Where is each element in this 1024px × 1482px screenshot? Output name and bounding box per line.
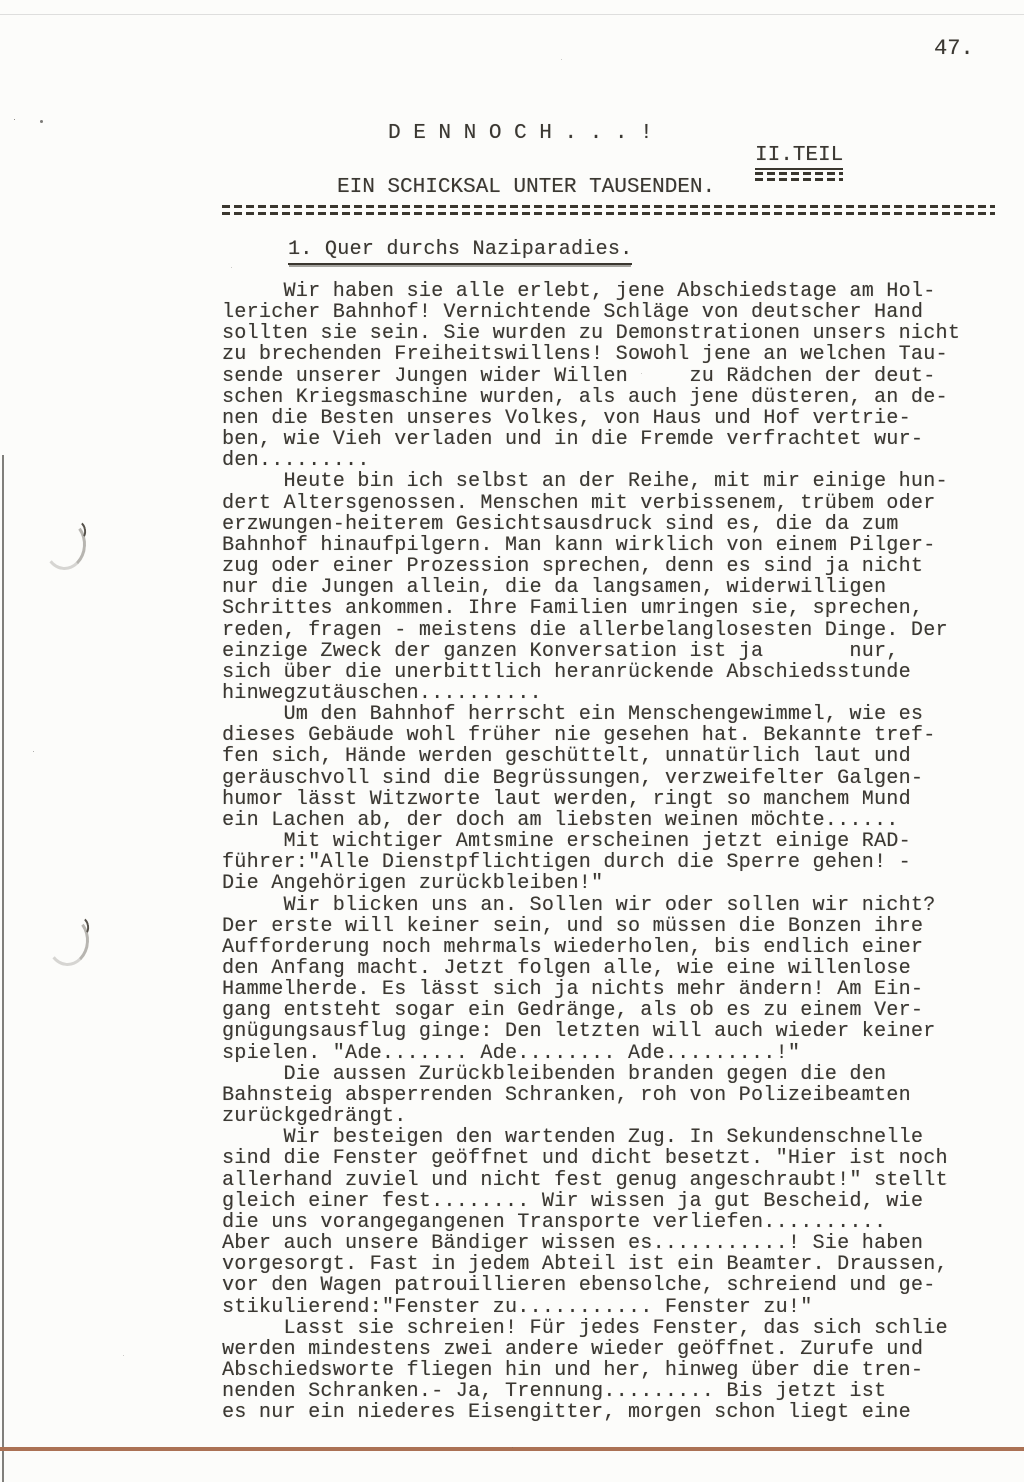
text-line: vor den Wagen patrouillieren ebensolche,… (222, 1275, 1012, 1296)
text-line: Bahnhof hinaufpilgern. Man kann wirklich… (222, 535, 1012, 556)
bottom-scan-line (0, 1447, 1024, 1451)
text-line: es nur ein niederes Eisengitter, morgen … (222, 1402, 1012, 1423)
text-line: Aber auch unsere Bändiger wissen es.....… (222, 1233, 1012, 1254)
text-line: stikulierend:"Fenster zu........... Fens… (222, 1297, 1012, 1318)
text-line: reden, fragen - meistens die allerbelang… (222, 620, 1012, 641)
body-text: Wir haben sie alle erlebt, jene Abschied… (222, 281, 1012, 1423)
text-line: Heute bin ich selbst an der Reihe, mit m… (222, 471, 1012, 492)
text-line: lericher Bahnhof! Vernichtende Schläge v… (222, 302, 1012, 323)
text-line: zurückgedrängt. (222, 1106, 1012, 1127)
text-line: die uns vorangegangenen Transporte verli… (222, 1212, 1012, 1233)
text-line: Wir haben sie alle erlebt, jene Abschied… (222, 281, 1012, 302)
text-line: erzwungen-heiterem Gesichtsausdruck sind… (222, 514, 1012, 535)
text-line: schen Kriegsmaschine wurden, als auch je… (222, 387, 1012, 408)
document-subtitle: EIN SCHICKSAL UNTER TAUSENDEN. (337, 176, 715, 199)
text-line: dert Altersgenossen. Menschen mit verbis… (222, 493, 1012, 514)
part-label: II.TEIL (755, 144, 843, 170)
text-line: den......... (222, 450, 1012, 471)
text-line: geräuschvoll sind die Begrüssungen, verz… (222, 768, 1012, 789)
text-line: gleich einer fest........ Wir wissen ja … (222, 1191, 1012, 1212)
text-line: vorgesorgt. Fast in jedem Abteil ist ein… (222, 1254, 1012, 1275)
text-line: werden mindestens zwei andere wieder geö… (222, 1339, 1012, 1360)
text-line: ben, wie Vieh verladen und in die Fremde… (222, 429, 1012, 450)
text-line: dieses Gebäude wohl früher nie gesehen h… (222, 725, 1012, 746)
double-dash-rule (222, 205, 995, 215)
text-line: Mit wichtiger Amtsmine erscheinen jetzt … (222, 831, 1012, 852)
text-line: humor lässt Witzworte laut werden, ringt… (222, 789, 1012, 810)
dash-rule-row-1 (222, 205, 995, 208)
document-title: D E N N O C H . . . ! (388, 122, 653, 145)
text-line: einzige Zweck der ganzen Konversation is… (222, 641, 1012, 662)
text-line: Die aussen Zurückbleibenden branden gege… (222, 1064, 1012, 1085)
text-line: Abschiedsworte fliegen hin und her, hinw… (222, 1360, 1012, 1381)
hole-punch-mark-2 (45, 915, 90, 968)
text-line: führer:"Alle Dienstpflichtigen durch die… (222, 852, 1012, 873)
text-line: fen sich, Hände werden geschüttelt, unna… (222, 746, 1012, 767)
text-line: allerhand zuviel und nicht fest genug an… (222, 1170, 1012, 1191)
text-line: zu brechenden Freiheitswillens! Sowohl j… (222, 344, 1012, 365)
text-line: Die Angehörigen zurückbleiben!" (222, 873, 1012, 894)
text-line: Wir blicken uns an. Sollen wir oder soll… (222, 895, 1012, 916)
dash-rule-row-2 (222, 212, 995, 215)
text-line: sind die Fenster geöffnet und dicht bese… (222, 1148, 1012, 1169)
hole-punch-mark-1-tick (71, 520, 88, 541)
hole-punch-mark-1 (42, 519, 87, 572)
text-line: zug oder einer Prozession sprechen, denn… (222, 556, 1012, 577)
text-line: den Anfang macht. Jetzt folgen alle, wie… (222, 958, 1012, 979)
text-line: sich über die unerbittlich heranrückende… (222, 662, 1012, 683)
text-line: nur die Jungen allein, die da langsamen,… (222, 577, 1012, 598)
part-label-underline-dashes-2 (755, 178, 843, 181)
scan-noise-specks (40, 120, 43, 123)
page-number: 47. (934, 36, 974, 61)
text-line: gnügungsausflug ginge: Den letzten will … (222, 1021, 1012, 1042)
text-line: nenden Schranken.- Ja, Trennung.........… (222, 1381, 1012, 1402)
text-line: Der erste will keiner sein, und so müsse… (222, 916, 1012, 937)
top-scan-line (0, 14, 1024, 15)
text-line: Bahnsteig absperrenden Schranken, roh vo… (222, 1085, 1012, 1106)
text-line: sollten sie sein. Sie wurden zu Demonstr… (222, 323, 1012, 344)
text-line: hinwegzutäuschen.......... (222, 683, 1012, 704)
part-label-underline-dashes (755, 172, 843, 175)
text-line: spielen. "Ade....... Ade........ Ade....… (222, 1043, 1012, 1064)
part-label-block: II.TEIL (755, 144, 843, 181)
section-heading: 1. Quer durchs Naziparadies. (288, 238, 632, 265)
text-line: Aufforderung noch mehrmals wiederholen, … (222, 937, 1012, 958)
left-scan-edge-line (2, 455, 4, 1482)
text-line: gang entsteht sogar ein Gedränge, als ob… (222, 1000, 1012, 1021)
text-line: Schrittes ankommen. Ihre Familien umring… (222, 598, 1012, 619)
scanned-document-page: 47. D E N N O C H . . . ! II.TEIL EIN SC… (0, 0, 1024, 1482)
text-line: sende unserer Jungen wider Willen zu Räd… (222, 366, 1012, 387)
text-line: ein Lachen ab, der doch am liebsten wein… (222, 810, 1012, 831)
text-line: Um den Bahnhof herrscht ein Menschengewi… (222, 704, 1012, 725)
text-line: Wir besteigen den wartenden Zug. In Seku… (222, 1127, 1012, 1148)
hole-punch-mark-2-tick (74, 916, 91, 937)
text-line: Hammelherde. Es lässt sich ja nichts meh… (222, 979, 1012, 1000)
text-line: Lasst sie schreien! Für jedes Fenster, d… (222, 1318, 1012, 1339)
text-line: nen die Besten unseres Volkes, von Haus … (222, 408, 1012, 429)
